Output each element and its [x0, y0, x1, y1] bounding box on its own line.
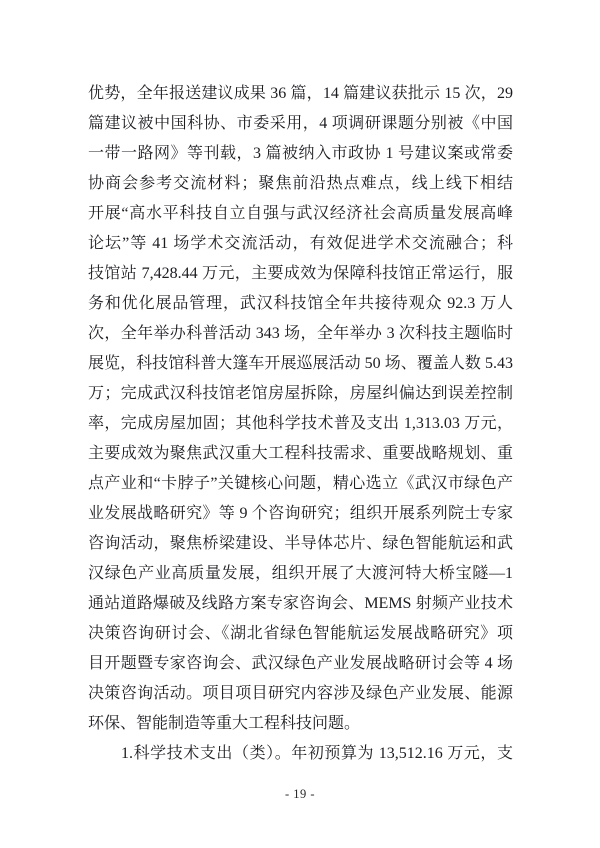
text-line: 决策咨询研讨会、《湖北省绿色智能航运发展战略研究》项	[88, 619, 513, 649]
text-line: 论坛”等 41 场学术交流活动，有效促进学术交流融合；科	[88, 229, 513, 259]
text-line: 主要成效为聚焦武汉重大工程科技需求、重要战略规划、重	[88, 439, 513, 469]
text-line: 点产业和“卡脖子”关键核心问题，精心选立《武汉市绿色产	[88, 469, 513, 499]
text-line-paragraph-end: 环保、智能制造等重大工程科技问题。	[88, 709, 513, 739]
text-line: 务和优化展品管理，武汉科技馆全年共接待观众 92.3 万人	[88, 289, 513, 319]
text-line: 次，全年举办科普活动 343 场，全年举办 3 次科技主题临时	[88, 319, 513, 349]
text-line: 决策咨询活动。项目项目研究内容涉及绿色产业发展、能源	[88, 679, 513, 709]
text-line: 技馆站 7,428.44 万元，主要成效为保障科技馆正常运行，服	[88, 259, 513, 289]
text-line: 协商会参考交流材料；聚焦前沿热点难点，线上线下相结合，	[88, 169, 513, 199]
text-line: 万；完成武汉科技馆老馆房屋拆除，房屋纠偏达到误差控制	[88, 379, 513, 409]
body-text-block: 优势，全年报送建议成果 36 篇，14 篇建议获批示 15 次，29 篇建议被中…	[88, 79, 513, 769]
page-number: - 19 -	[0, 787, 600, 802]
text-line: 篇建议被中国科协、市委采用，4 项调研课题分别被《中国	[88, 109, 513, 139]
text-line-new-paragraph: 1.科学技术支出（类）。年初预算为 13,512.16 万元，支出	[88, 739, 513, 769]
text-line: 业发展战略研究》等 9 个咨询研究；组织开展系列院士专家	[88, 499, 513, 529]
text-line: 率，完成房屋加固；其他科学技术普及支出 1,313.03 万元，	[88, 409, 513, 439]
text-line: 咨询活动，聚焦桥梁建设、半导体芯片、绿色智能航运和武	[88, 529, 513, 559]
text-line: 优势，全年报送建议成果 36 篇，14 篇建议获批示 15 次，29	[88, 79, 513, 109]
document-page: 优势，全年报送建议成果 36 篇，14 篇建议获批示 15 次，29 篇建议被中…	[0, 0, 600, 848]
text-line: 汉绿色产业高质量发展，组织开展了大渡河特大桥宝隧—1	[88, 559, 513, 589]
text-line: 展览，科技馆科普大篷车开展巡展活动 50 场、覆盖人数 5.43	[88, 349, 513, 379]
text-line: 开展“高水平科技自立自强与武汉经济社会高质量发展高峰	[88, 199, 513, 229]
text-line: 一带一路网》等刊载，3 篇被纳入市政协 1 号建议案或常委	[88, 139, 513, 169]
text-line: 目开题暨专家咨询会、武汉绿色产业发展战略研讨会等 4 场	[88, 649, 513, 679]
text-line: 通站道路爆破及线路方案专家咨询会、MEMS 射频产业技术	[88, 589, 513, 619]
